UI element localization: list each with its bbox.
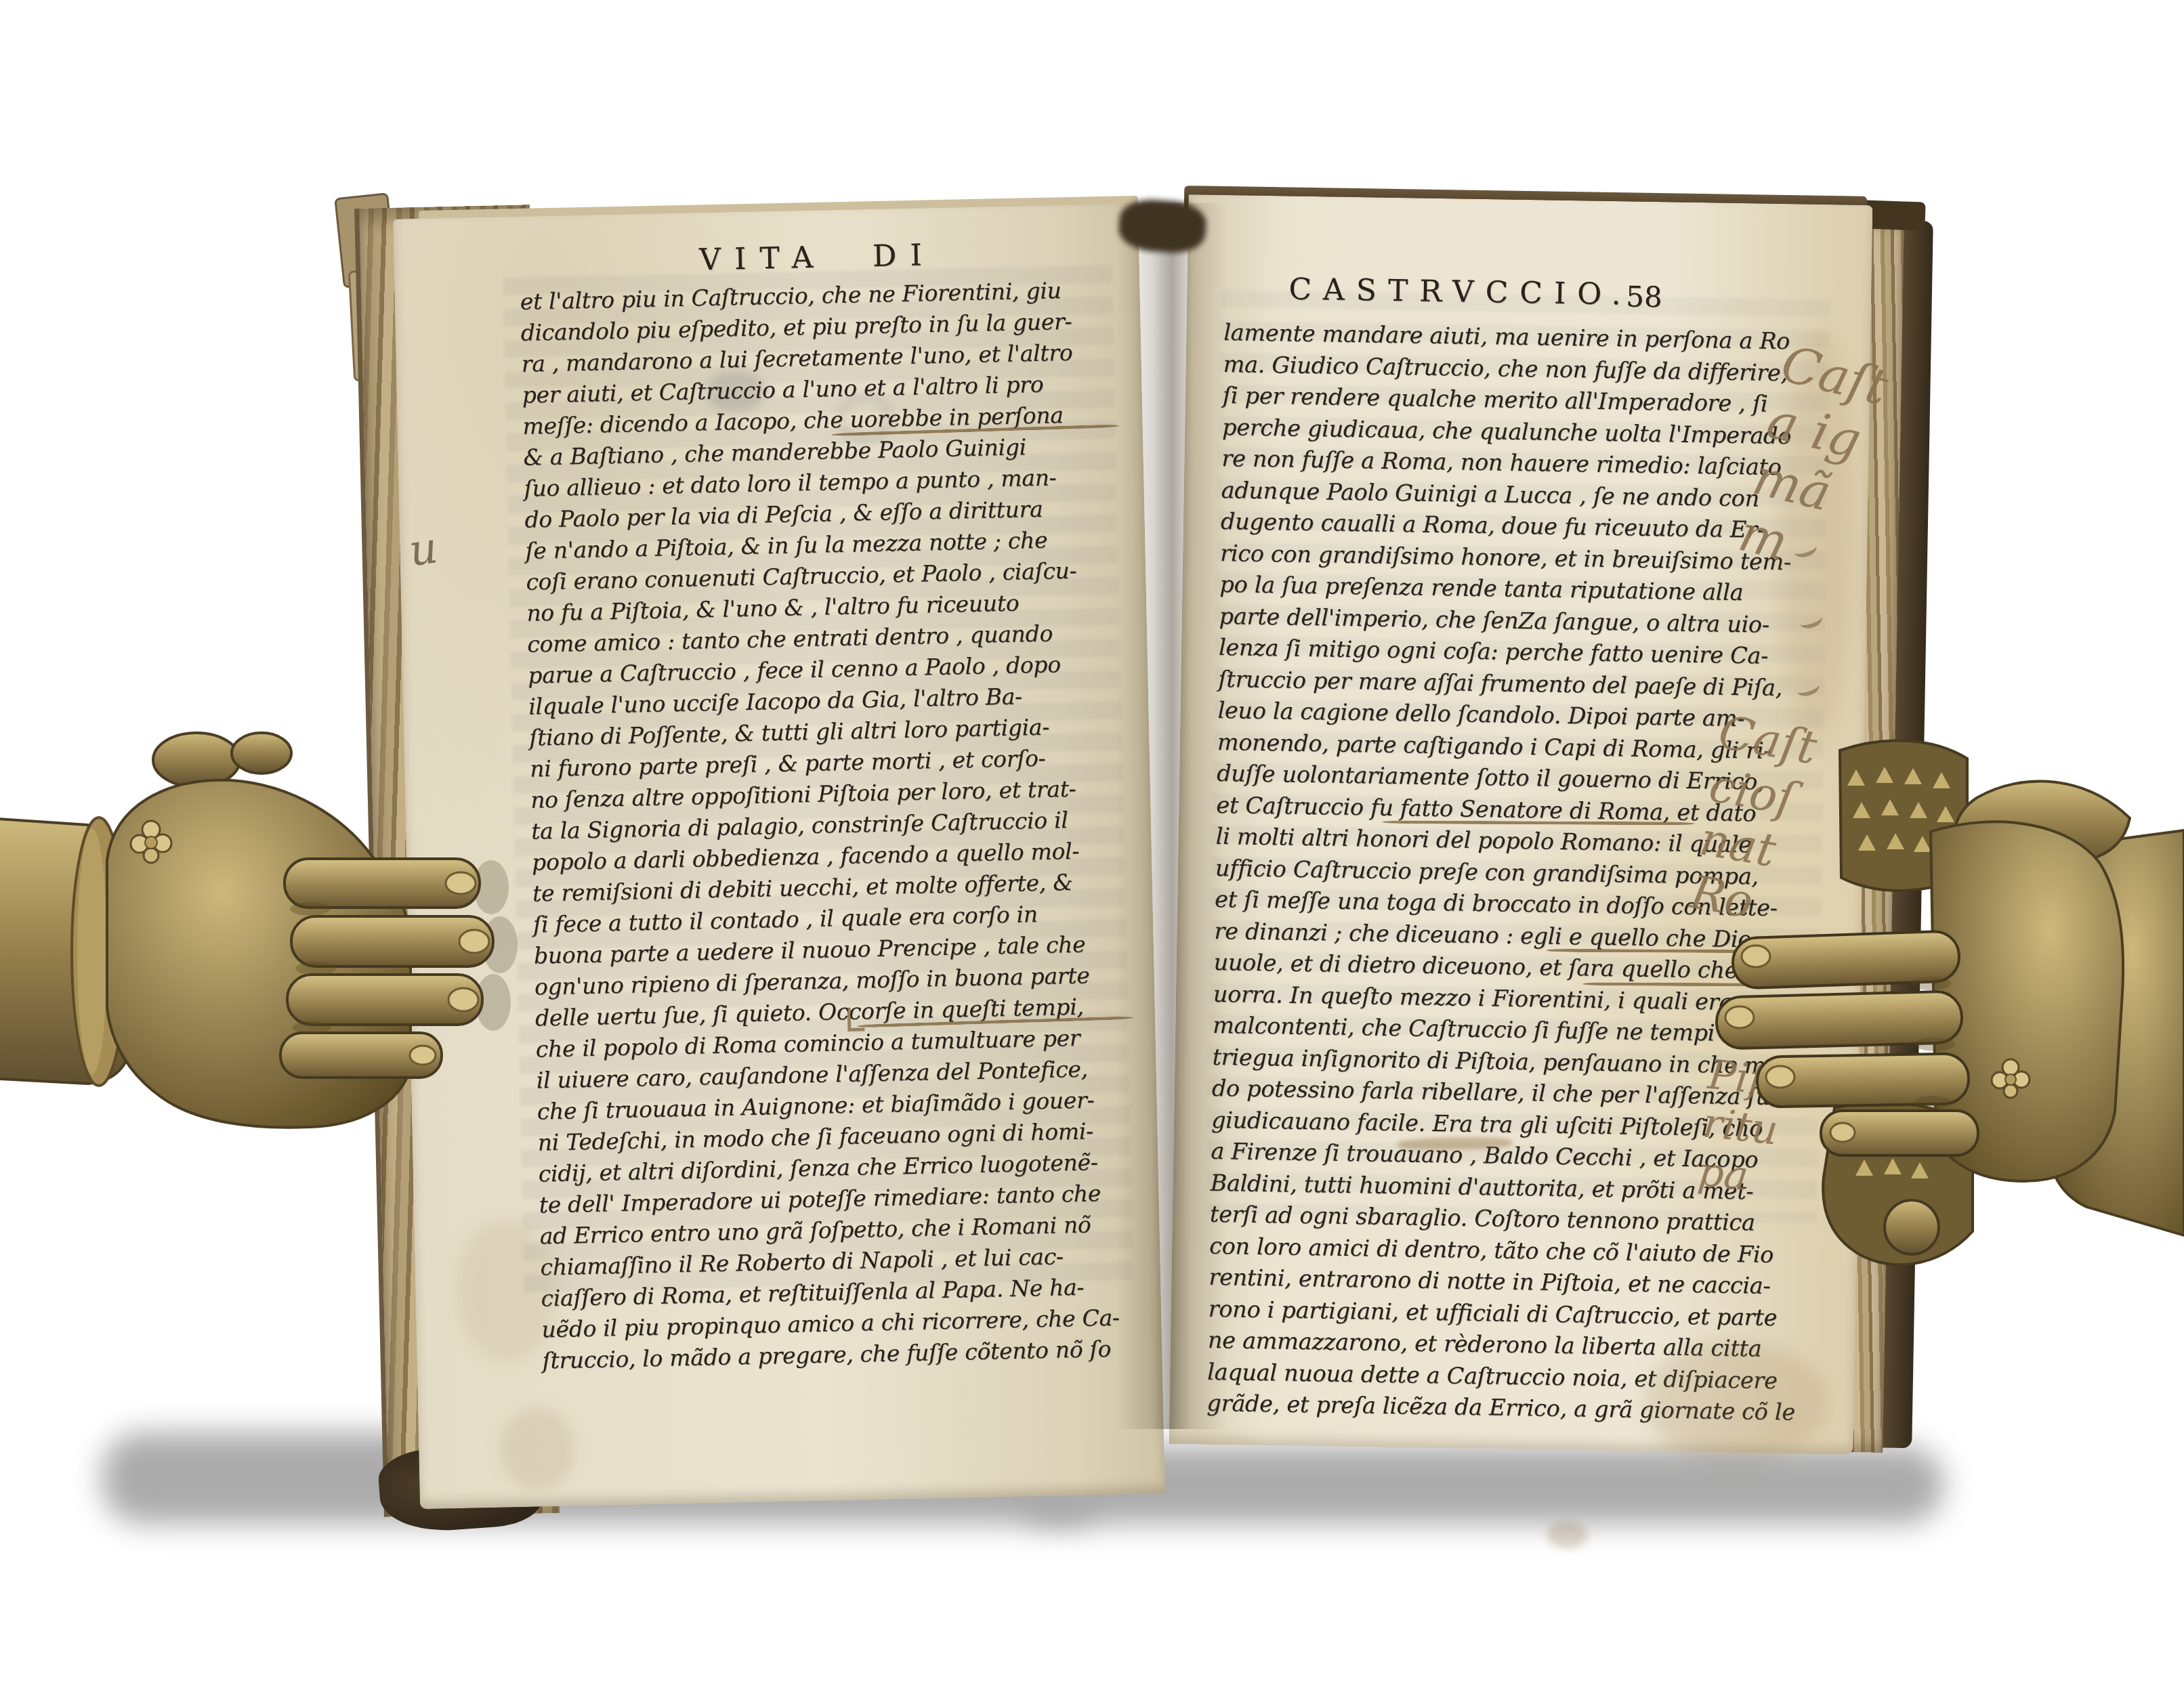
left-brass-hand [0, 691, 528, 1165]
paper-stain [1547, 1521, 1588, 1549]
ink-bracket [847, 1007, 865, 1031]
photo-stage: VITA DI et l'altro piu in Caſtruccio, ch… [0, 0, 2184, 1681]
left-page-lines: et l'altro piu in Caſtruccio, che ne Fio… [520, 274, 1146, 1376]
running-header-left: VITA DI [519, 234, 1116, 280]
page-number: 58 [1626, 280, 1662, 314]
running-header-right: CASTRVCCIO. [1288, 272, 1633, 312]
margin-note-u: u [406, 523, 440, 576]
right-brass-hand [1707, 731, 2184, 1287]
paper-stain [499, 1408, 575, 1491]
gutter-shadow [1116, 203, 1227, 1429]
